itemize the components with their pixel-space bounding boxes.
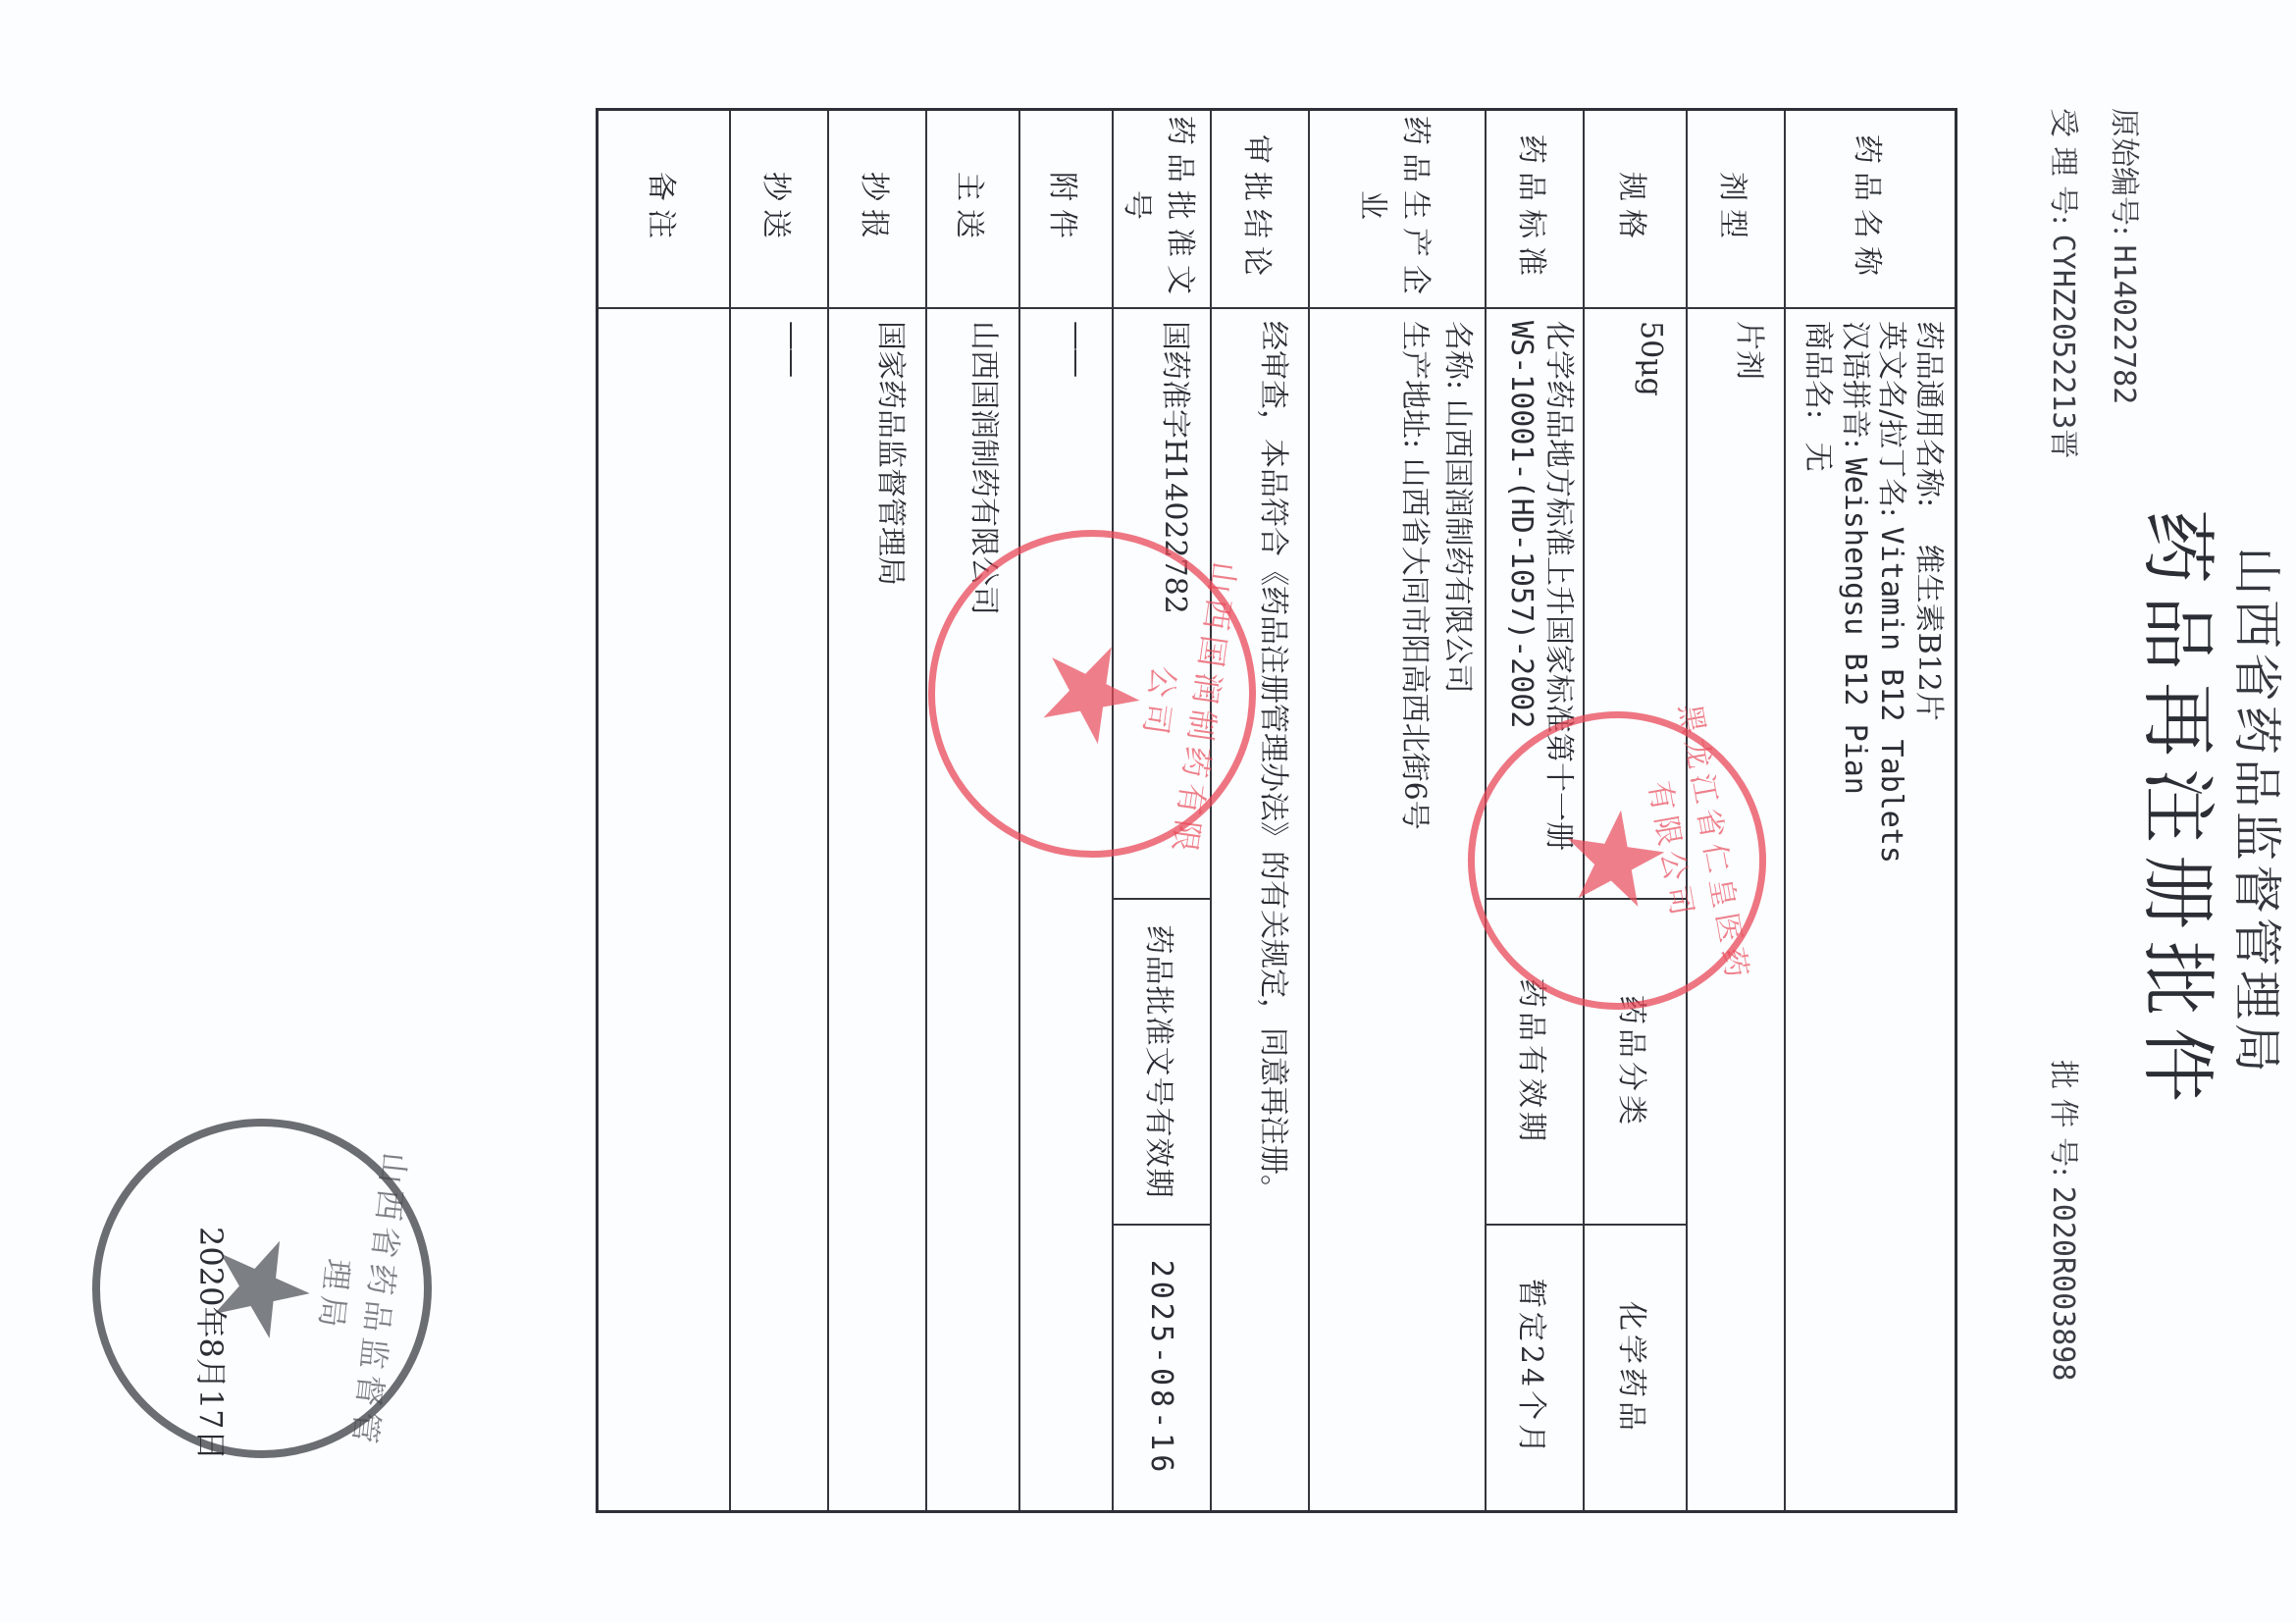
cell-attachment: —— [1019, 308, 1113, 1512]
trade-name-value: 无 [1801, 443, 1836, 472]
row-conclusion: 审批结论 经审查，本品符合《药品注册管理办法》的有关规定，同意再注册。 [1211, 110, 1309, 1512]
row-attachment: 附件 —— [1019, 110, 1113, 1512]
cell-approval-validity: 2025-08-16 [1113, 1225, 1211, 1512]
row-report-to: 抄报 国家药品监督管理局 [828, 110, 926, 1512]
cell-specification: 50μg [1584, 308, 1687, 899]
cell-validity: 暂定24个月 [1486, 1225, 1584, 1512]
row-drug-name: 药品名称 药品通用名称: 维生素B12片 英文名/拉丁名: Vitamin B1… [1785, 110, 1957, 1512]
manufacturer-address-value: 山西省大同市阳高西北街6号 [1398, 458, 1433, 830]
approval-number: 批 件 号: 2020R003898 [2045, 1060, 2088, 1381]
cell-main-recipient: 山西国润制药有限公司 [926, 308, 1019, 1512]
remarks-value [702, 309, 729, 1510]
row-approval-number: 药品批准文号 国药准字H14022782 药品批准文号有效期 2025-08-1… [1113, 110, 1211, 1512]
label-main-recipient: 主送 [926, 110, 1019, 309]
approval-table: 药品名称 药品通用名称: 维生素B12片 英文名/拉丁名: Vitamin B1… [597, 108, 1958, 1513]
label-drug-name: 药品名称 [1785, 110, 1957, 309]
english-name-value: Vitamin B12 Tablets [1875, 527, 1909, 864]
label-attachment: 附件 [1019, 110, 1113, 309]
label-remarks: 备注 [598, 110, 730, 309]
label-approval-number: 药品批准文号 [1113, 110, 1211, 309]
label-manufacturer: 药品生产企业 [1309, 110, 1486, 309]
report-to-value: 国家药品监督管理局 [856, 309, 926, 1510]
trade-name-label: 商品名: [1801, 321, 1836, 419]
authority-seal-text: 山西省药品监督管理局 [296, 1132, 420, 1464]
cell-standard: 化学药品地方标准上升国家标准第十一册 WS-10001-(HD-1057)-20… [1486, 308, 1584, 899]
document-page: 原始编号: H14022782 受 理 号: CYHZ2052213晋 山西省药… [0, 0, 2296, 1623]
conclusion-value: 经审查，本品符合《药品注册管理办法》的有关规定，同意再注册。 [1238, 309, 1309, 1510]
row-remarks: 备注 [598, 110, 730, 1512]
label-classification: 药品分类 [1584, 899, 1687, 1225]
pinyin-value: Weishengsu B12 Pian [1838, 458, 1872, 795]
authority-seal: 山西省药品监督管理局 ★ [76, 1102, 448, 1475]
pinyin-label: 汉语拼音: [1838, 321, 1872, 448]
cell-copy-to: —— [730, 308, 828, 1512]
label-report-to: 抄报 [828, 110, 926, 309]
label-copy-to: 抄送 [730, 110, 828, 309]
row-main-recipient: 主送 山西国润制药有限公司 [926, 110, 1019, 1512]
english-name-label: 英文名/拉丁名: [1875, 321, 1909, 517]
acceptance-number-label: 受 理 号: [2046, 108, 2080, 225]
generic-name-label: 药品通用名称: [1911, 321, 1946, 507]
manufacturer-name-value: 山西国润制药有限公司 [1440, 399, 1475, 694]
issue-date: 2020年8月17日 [190, 1227, 235, 1461]
row-dosage-form: 剂型 片剂 [1687, 110, 1785, 1512]
standard-line-1: 化学药品地方标准上升国家标准第十一册 [1540, 321, 1578, 886]
row-copy-to: 抄送 —— [730, 110, 828, 1512]
cell-remarks [598, 308, 730, 1512]
attachment-value: —— [1042, 309, 1113, 1510]
label-conclusion: 审批结论 [1211, 110, 1309, 309]
document-title: 药品再注册批件 [2130, 0, 2237, 1623]
approval-number-cell-value: 国药准字H14022782 [1140, 309, 1211, 898]
label-standard: 药品标准 [1486, 110, 1584, 309]
standard-line-2: WS-10001-(HD-1057)-2002 [1503, 321, 1540, 886]
row-standard: 药品标准 化学药品地方标准上升国家标准第十一册 WS-10001-(HD-105… [1486, 110, 1584, 1512]
cell-manufacturer: 名称: 山西国润制药有限公司 生产地址: 山西省大同市阳高西北街6号 [1309, 308, 1486, 1512]
cell-approval-number: 国药准字H14022782 [1113, 308, 1211, 899]
main-recipient-value: 山西国润制药有限公司 [949, 309, 1019, 1510]
acceptance-number-value: CYHZ2052213晋 [2046, 235, 2080, 459]
acceptance-number: 受 理 号: CYHZ2052213晋 [2045, 108, 2088, 458]
cell-drug-name: 药品通用名称: 维生素B12片 英文名/拉丁名: Vitamin B12 Tab… [1785, 308, 1957, 1512]
cell-classification: 化学药品 [1584, 1225, 1687, 1512]
label-validity: 药品有效期 [1486, 899, 1584, 1225]
cell-conclusion: 经审查，本品符合《药品注册管理办法》的有关规定，同意再注册。 [1211, 308, 1309, 1512]
cell-dosage-form: 片剂 [1687, 308, 1785, 1512]
label-approval-validity: 药品批准文号有效期 [1113, 899, 1211, 1225]
dosage-form-value: 片剂 [1714, 309, 1785, 1510]
generic-name-value: 维生素B12片 [1911, 545, 1946, 721]
manufacturer-name-label: 名称: [1440, 321, 1475, 390]
row-specification: 规格 50μg 药品分类 化学药品 [1584, 110, 1687, 1512]
label-specification: 规格 [1584, 110, 1687, 309]
cell-report-to: 国家药品监督管理局 [828, 308, 926, 1512]
manufacturer-address-label: 生产地址: [1398, 321, 1433, 448]
specification-value: 50μg [1616, 309, 1687, 898]
row-manufacturer: 药品生产企业 名称: 山西国润制药有限公司 生产地址: 山西省大同市阳高西北街6… [1309, 110, 1486, 1512]
label-dosage-form: 剂型 [1687, 110, 1785, 309]
approval-number-value: 2020R003898 [2046, 1186, 2080, 1382]
copy-to-value: —— [757, 309, 828, 1510]
approval-number-label: 批 件 号: [2046, 1060, 2080, 1177]
